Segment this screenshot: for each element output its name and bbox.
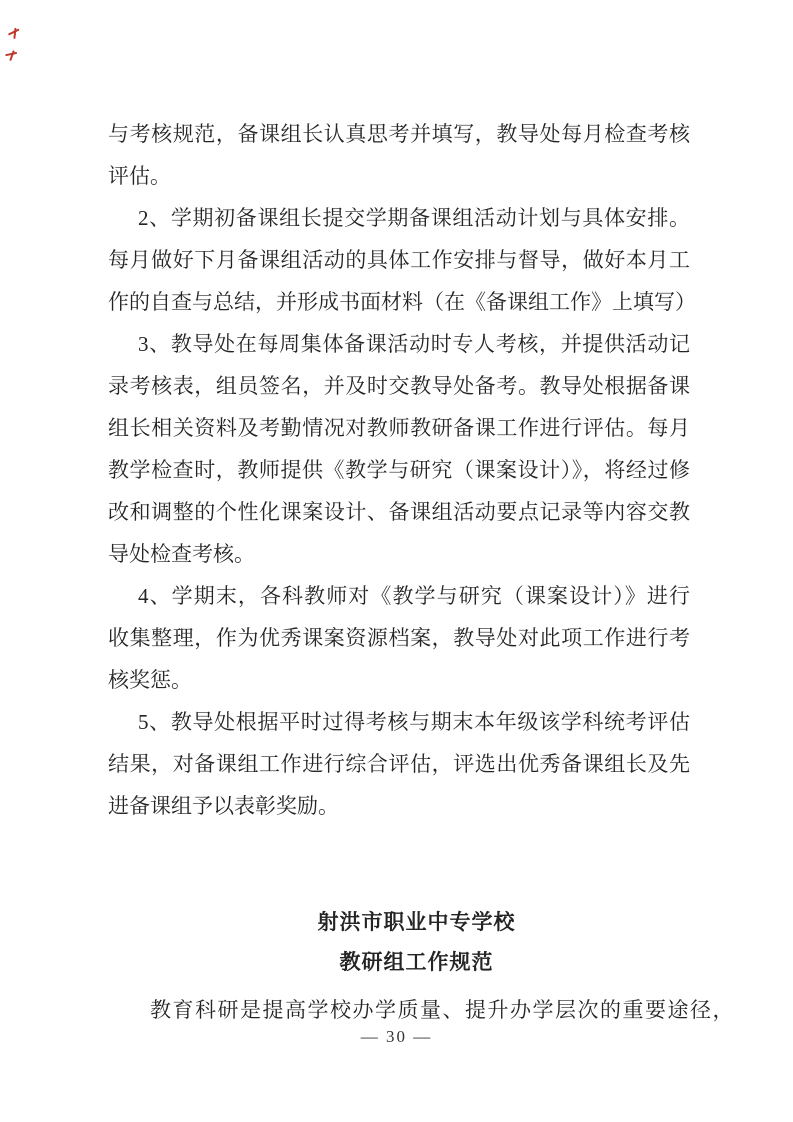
- body-line: 评估。: [108, 155, 690, 197]
- page-number: — 30 —: [0, 1024, 793, 1050]
- document-page: 与考核规范，备课组长认真思考并填写，教导处每月检查考核评估。2、学期初备课组长提…: [0, 0, 793, 1122]
- closing-doc-title: 教研组工作规范: [40, 941, 793, 983]
- body-line: 组长相关资料及考勤情况对教师教研备课工作进行评估。每月: [108, 407, 690, 449]
- body-line: 改和调整的个性化课案设计、备课组活动要点记录等内容交教: [108, 491, 690, 533]
- body-line: 与考核规范，备课组长认真思考并填写，教导处每月检查考核: [108, 113, 690, 155]
- body-line: 进备课组予以表彰奖励。: [108, 785, 690, 827]
- body-line: 5、教导处根据平时过得考核与期末本年级该学科统考评估: [108, 701, 690, 743]
- body-line: 录考核表，组员签名，并及时交教导处备考。教导处根据备课: [108, 365, 690, 407]
- red-annotation-mark-icon: [6, 26, 22, 42]
- red-annotation-mark-icon: [3, 48, 18, 63]
- body-line: 导处检查考核。: [108, 533, 690, 575]
- body-line: 收集整理，作为优秀课案资源档案，教导处对此项工作进行考: [108, 617, 690, 659]
- closing-school-title: 射洪市职业中专学校: [40, 901, 793, 943]
- body-line: 4、学期末，各科教师对《教学与研究（课案设计）》进行: [108, 575, 690, 617]
- body-line: 核奖惩。: [108, 659, 690, 701]
- body-line: 结果，对备课组工作进行综合评估，评选出优秀备课组长及先: [108, 743, 690, 785]
- body-line: 3、教导处在每周集体备课活动时专人考核，并提供活动记: [108, 323, 690, 365]
- body-line: 每月做好下月备课组活动的具体工作安排与督导，做好本月工: [108, 239, 690, 281]
- body-text-block: 与考核规范，备课组长认真思考并填写，教导处每月检查考核评估。2、学期初备课组长提…: [108, 113, 690, 827]
- body-line: 教学检查时，教师提供《教学与研究（课案设计）》，将经过修: [108, 449, 690, 491]
- body-line: 2、学期初备课组长提交学期备课组活动计划与具体安排。: [108, 197, 690, 239]
- body-line: 作的自查与总结，并形成书面材料（在《备课组工作》上填写）: [108, 281, 690, 323]
